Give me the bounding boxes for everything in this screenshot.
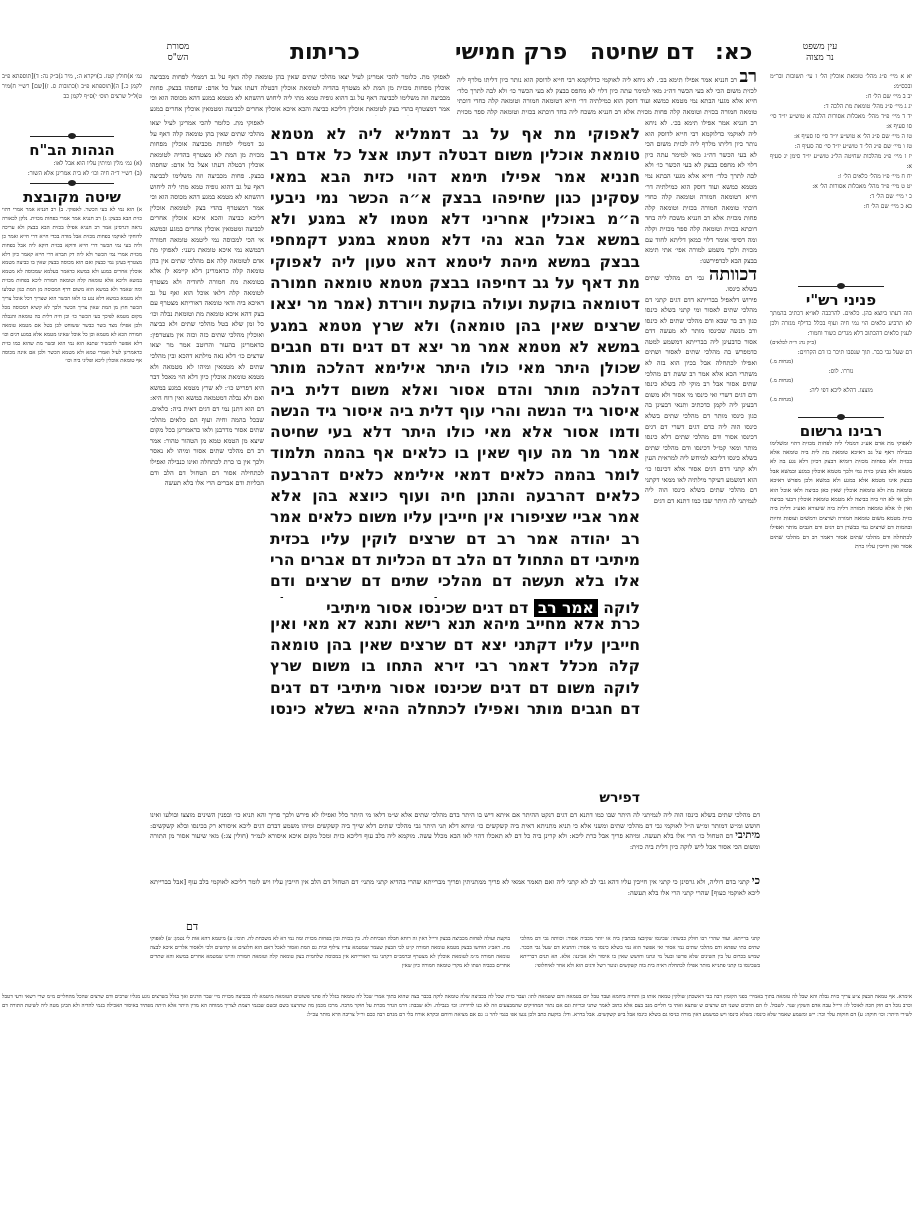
rashi-bottom-block-2: כי קתני בדם דוליה, ולא גרסינן כי קתני אי…	[150, 876, 760, 912]
masoret-hashas-entries: גמ׳ א)חולין קטז. ב)ויקרא ה:, מיר ג)ב״ק נ…	[2, 72, 142, 132]
penei-rashi-entry: דם שעל גבי כבר. תוך שנסבו תיכר כו דם הקר…	[770, 348, 912, 358]
penei-rashi-source: (מנחות מ.)	[770, 377, 912, 386]
ein-mishpat-entry: יג ג מיי׳ פ״ג מהל׳ טומאת מת הלכה ד:	[770, 102, 912, 112]
tosafot-text-continued: לאפוקי מת. כלומר להכי אמרינן לעיל יצאו מ…	[150, 118, 264, 790]
ein-mishpat-entry: יט ט מיי׳ פ״ד מהל׳ מאכלות אסורות הל׳ א:	[770, 182, 912, 192]
chapter-name: דם שחיטה	[590, 40, 694, 65]
rashi-dibbur-title: דכוותה	[709, 264, 757, 285]
gemara-highlight-suffix: דם דגים שכינסו אסור מיתיבי	[326, 599, 528, 617]
rabbeinu-gershom-title: רבינו גרשום	[770, 422, 912, 440]
ein-mishpat-entry: יב ב מיי׳ שם הל׳ ח:	[770, 92, 912, 102]
rashi-bottom-text: דם מהלכי שתים בשלא כינסו הוה ליה לנמיתני…	[150, 811, 760, 830]
mitivei-text: דם הטחול כו׳ הרי אלו בלא תעשה. ומיהא פרי…	[150, 832, 760, 851]
rashi-text: פירוש דלאפיל בברייתא דדם דגים קתני דם מה…	[645, 296, 757, 505]
ein-mishpat-header: עין משפט נר מצוה	[790, 42, 850, 64]
rashi-bottom-block: דם מהלכי שתים בשלא כינסו הוה ליה לנמיתני…	[150, 810, 760, 876]
hagahot-habach-title: הגהות הב"ח	[2, 141, 142, 159]
rabbeinu-gershom-text: לאפוקי מת אדם אע״ג דממלי ליה לפחות מכזית…	[770, 440, 912, 860]
ornamental-divider	[798, 417, 883, 418]
tractate-name: כריתות	[290, 40, 360, 65]
tosafot-text: לאפוקי מת. כלומר להכי אמרינן לעיל יצאו מ…	[150, 72, 450, 116]
masoret-label-1: מסורת	[158, 42, 198, 53]
mitivei-title: מיתיבי	[735, 830, 760, 841]
gemara-catchword: דפירש	[540, 788, 640, 809]
penei-rashi-entry: גוררו. לוס:	[770, 367, 912, 377]
ein-mishpat-entry: כא כ מיי׳ שם הל׳ ח:	[770, 202, 912, 212]
gemara-main-text: לאפוקי מת אף על גב דממליא ליה לא מטמא טו…	[270, 124, 640, 720]
rashi-intro: רב רב חנניא אמר אפילו תימא בכ׳. לא ניחא …	[457, 72, 757, 116]
bottom-commentary-left: בוקעת ועולה לפחות מכביצה בבצק ורייל דאין…	[150, 935, 510, 989]
rashi-intro-text: רב חנניא אמר אפילו תימא בכ׳. לא ניחא ליה…	[457, 76, 757, 116]
ki-title: כי	[752, 876, 760, 887]
ein-mishpat-entry: יד ד מיי׳ פ״ד מהל׳ מאכלות אסורות הלכה א …	[770, 112, 912, 132]
ein-mishpat-entry: יז ז מיי׳ פ״ג מהלכות שחיטה הל״ג טוש״ע יו…	[770, 152, 912, 172]
penei-rashi-title: פניני רש"י	[770, 291, 912, 309]
penei-rashi-source: (מנחות מ.)	[770, 396, 912, 405]
chapter-number: פרק חמישי	[455, 40, 567, 65]
rashi-initial: רב	[739, 72, 757, 87]
bottom-commentary-full: אימרא. אף טמאה הבצק צ״ע צריך כזית נבלה ו…	[2, 993, 912, 1203]
ein-mishpat-entry: יא א מיי׳ פ״ג מהל׳ טומאת אוכלין הל׳ ז עי…	[770, 72, 912, 92]
ornamental-divider	[30, 183, 114, 184]
right-margin-column: יא א מיי׳ פ״ג מהל׳ טומאת אוכלין הל׳ ז עי…	[770, 72, 912, 1072]
shita-mekubetzet-title: שיטה מקובצת	[2, 188, 142, 206]
ein-mishpat-entry: יח ח מיי׳ פ״ו מהל׳ כלאים הל׳ ו:	[770, 172, 912, 182]
masoret-label-2: הש"ס	[158, 53, 198, 64]
ornamental-divider	[30, 136, 114, 137]
ein-mishpat-label-1: עין משפט	[790, 42, 850, 53]
gemara-highlight-prefix: לוקה	[603, 599, 640, 617]
left-margin-column: גמ׳ א)חולין קטז. ב)ויקרא ה:, מיר ג)ב״ק נ…	[2, 72, 142, 1072]
hagahot-entry-2: (ב) רש״י ד״ה חיה וכו׳ לא בית אמרינן אלא …	[2, 169, 142, 179]
ein-mishpat-entry: טז ו מיי׳ שם פ״ג הל׳ ד טוש״ע יו״ד סי׳ סה…	[770, 142, 912, 152]
ein-mishpat-entry: טו ה מיי׳ שם פ״ג הל׳ א טוש״ע יו״ד סי׳ סו…	[770, 132, 912, 142]
ki-text: קתני בדם דוליה, ולא גרסינן כי קתני אין ח…	[150, 878, 760, 897]
page-catchword-label: דם	[186, 920, 198, 933]
masoret-hashas-header: מסורת הש"ס	[158, 42, 198, 64]
ein-mishpat-list: יא א מיי׳ פ״ג מהל׳ טומאת אוכלין הל׳ ז עי…	[770, 72, 912, 212]
gemara-highlight-line: לוקה אמר רב דם דגים שכינסו אסור מיתיבי	[270, 598, 640, 620]
ornamental-divider	[798, 286, 883, 287]
penei-rashi-entry: הוה דעתו ביוצא בהן. כלאים. להרכבה לאו״א …	[770, 309, 912, 339]
gemara-highlighted-phrase[interactable]: אמר רב	[534, 599, 598, 617]
penei-rashi-entry: מוצצו. דהלא ליכא דפי ליה:	[770, 386, 912, 396]
penei-rashi-source: (ב״ק נה: ד״ה לכלאים)	[770, 339, 912, 348]
bottom-commentary-right: קתני ברייתא. ועוד שהרי רבו חולק כבשתו: ש…	[520, 935, 760, 989]
ein-mishpat-entry: כ י מיי׳ שם הל׳ ד:	[770, 192, 912, 202]
rashi-side-block: רב חנניא אמר אפילו תימא בכ׳. לא ניחא ליה…	[645, 118, 757, 808]
gemara-text: לאפוקי מת אף על גב דממליא ליה לא מטמא טו…	[270, 125, 640, 720]
hagahot-entry-1: (א) גמ׳ מלין ומיתין עליו הוא אבל לאו:	[2, 159, 142, 169]
rashi-intro-continued: רב חנניא אמר אפילו תימא בכ׳. לא ניחא ליה…	[645, 119, 757, 265]
folio-number: כא:	[715, 40, 752, 65]
penei-rashi-source: (מנחות מ.)	[770, 358, 912, 367]
ein-mishpat-label-2: נר מצוה	[790, 53, 850, 64]
shita-mekubetzet-text: א) הוא נמי לא בעי הכשר. לאפוקי. ב) רב חנ…	[2, 206, 142, 966]
